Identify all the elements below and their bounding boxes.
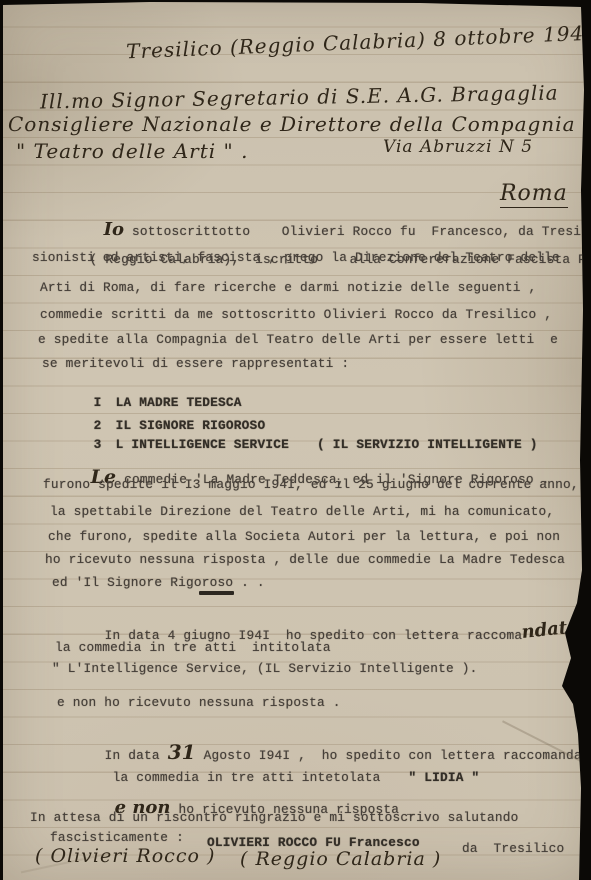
letter-page: Tresilico (Reggio Calabria) 8 ottobre 19… — [0, 0, 591, 880]
para4-line-3: e nonho ricevuto nessuna risposta _ — [57, 780, 415, 836]
play-title-lidia: " LIDIA " — [409, 770, 480, 785]
intro-line-3: sionisti ed artisti, fascista , prego la… — [32, 251, 560, 265]
para3-line-4: e non ho ricevuto nessuna risposta . — [57, 696, 341, 710]
address-line: Via Abruzzi N 5 — [383, 138, 533, 157]
para2-line-3: la spettabile Direzione del Teatro delle… — [50, 505, 554, 519]
para3-line-3: " L'Intelligence Service, (IL Servizio I… — [52, 662, 478, 676]
document-scan: Tresilico (Reggio Calabria) 8 ottobre 19… — [0, 0, 591, 880]
para2-line-5: ho ricevuto nessuna risposta , delle due… — [45, 553, 565, 567]
intro-line-5: commedie scritti da me sottoscritto Oliv… — [40, 308, 552, 322]
hand-correction-ndata: ndata — [521, 617, 580, 643]
para3-line-2: la commedia in tre atti intitolata — [55, 641, 331, 655]
recipient-line-1: Ill.mo Signor Segretario di S.E. A.G. Br… — [40, 81, 559, 112]
handwritten-place: ( Reggio Calabria ) — [240, 849, 441, 870]
handwritten-signature: ( Olivieri Rocco ) — [35, 846, 215, 867]
closing-line-2: fascisticamente : — [50, 831, 184, 845]
typed-signature-origin: da Tresilico — [462, 842, 564, 856]
intro-line-6: e spedite alla Compagnia del Teatro dell… — [38, 333, 558, 347]
intro-line-4: Arti di Roma, di fare ricerche e darmi n… — [40, 281, 536, 295]
para2-line-4: che furono, spedite alla Societa Autori … — [48, 530, 560, 544]
para2-line-6: ed 'Il Signore Rigoroso . . — [52, 576, 265, 590]
intro-line-7: se meritevoli di essere rappresentati : — [42, 357, 349, 371]
dateline-handwritten: Tresilico (Reggio Calabria) 8 ottobre 19… — [126, 20, 591, 63]
closing-line-1: In attesa di un riscontro ringrazio e mi… — [30, 811, 519, 825]
separator-dash — [199, 591, 234, 595]
recipient-line-2: Consigliere Nazionale e Direttore della … — [8, 113, 591, 135]
recipient-line-3: " Teatro delle Arti " . — [16, 140, 248, 162]
para2-line-2: furono spedite il I3 maggio I94I, ed il … — [43, 478, 579, 492]
